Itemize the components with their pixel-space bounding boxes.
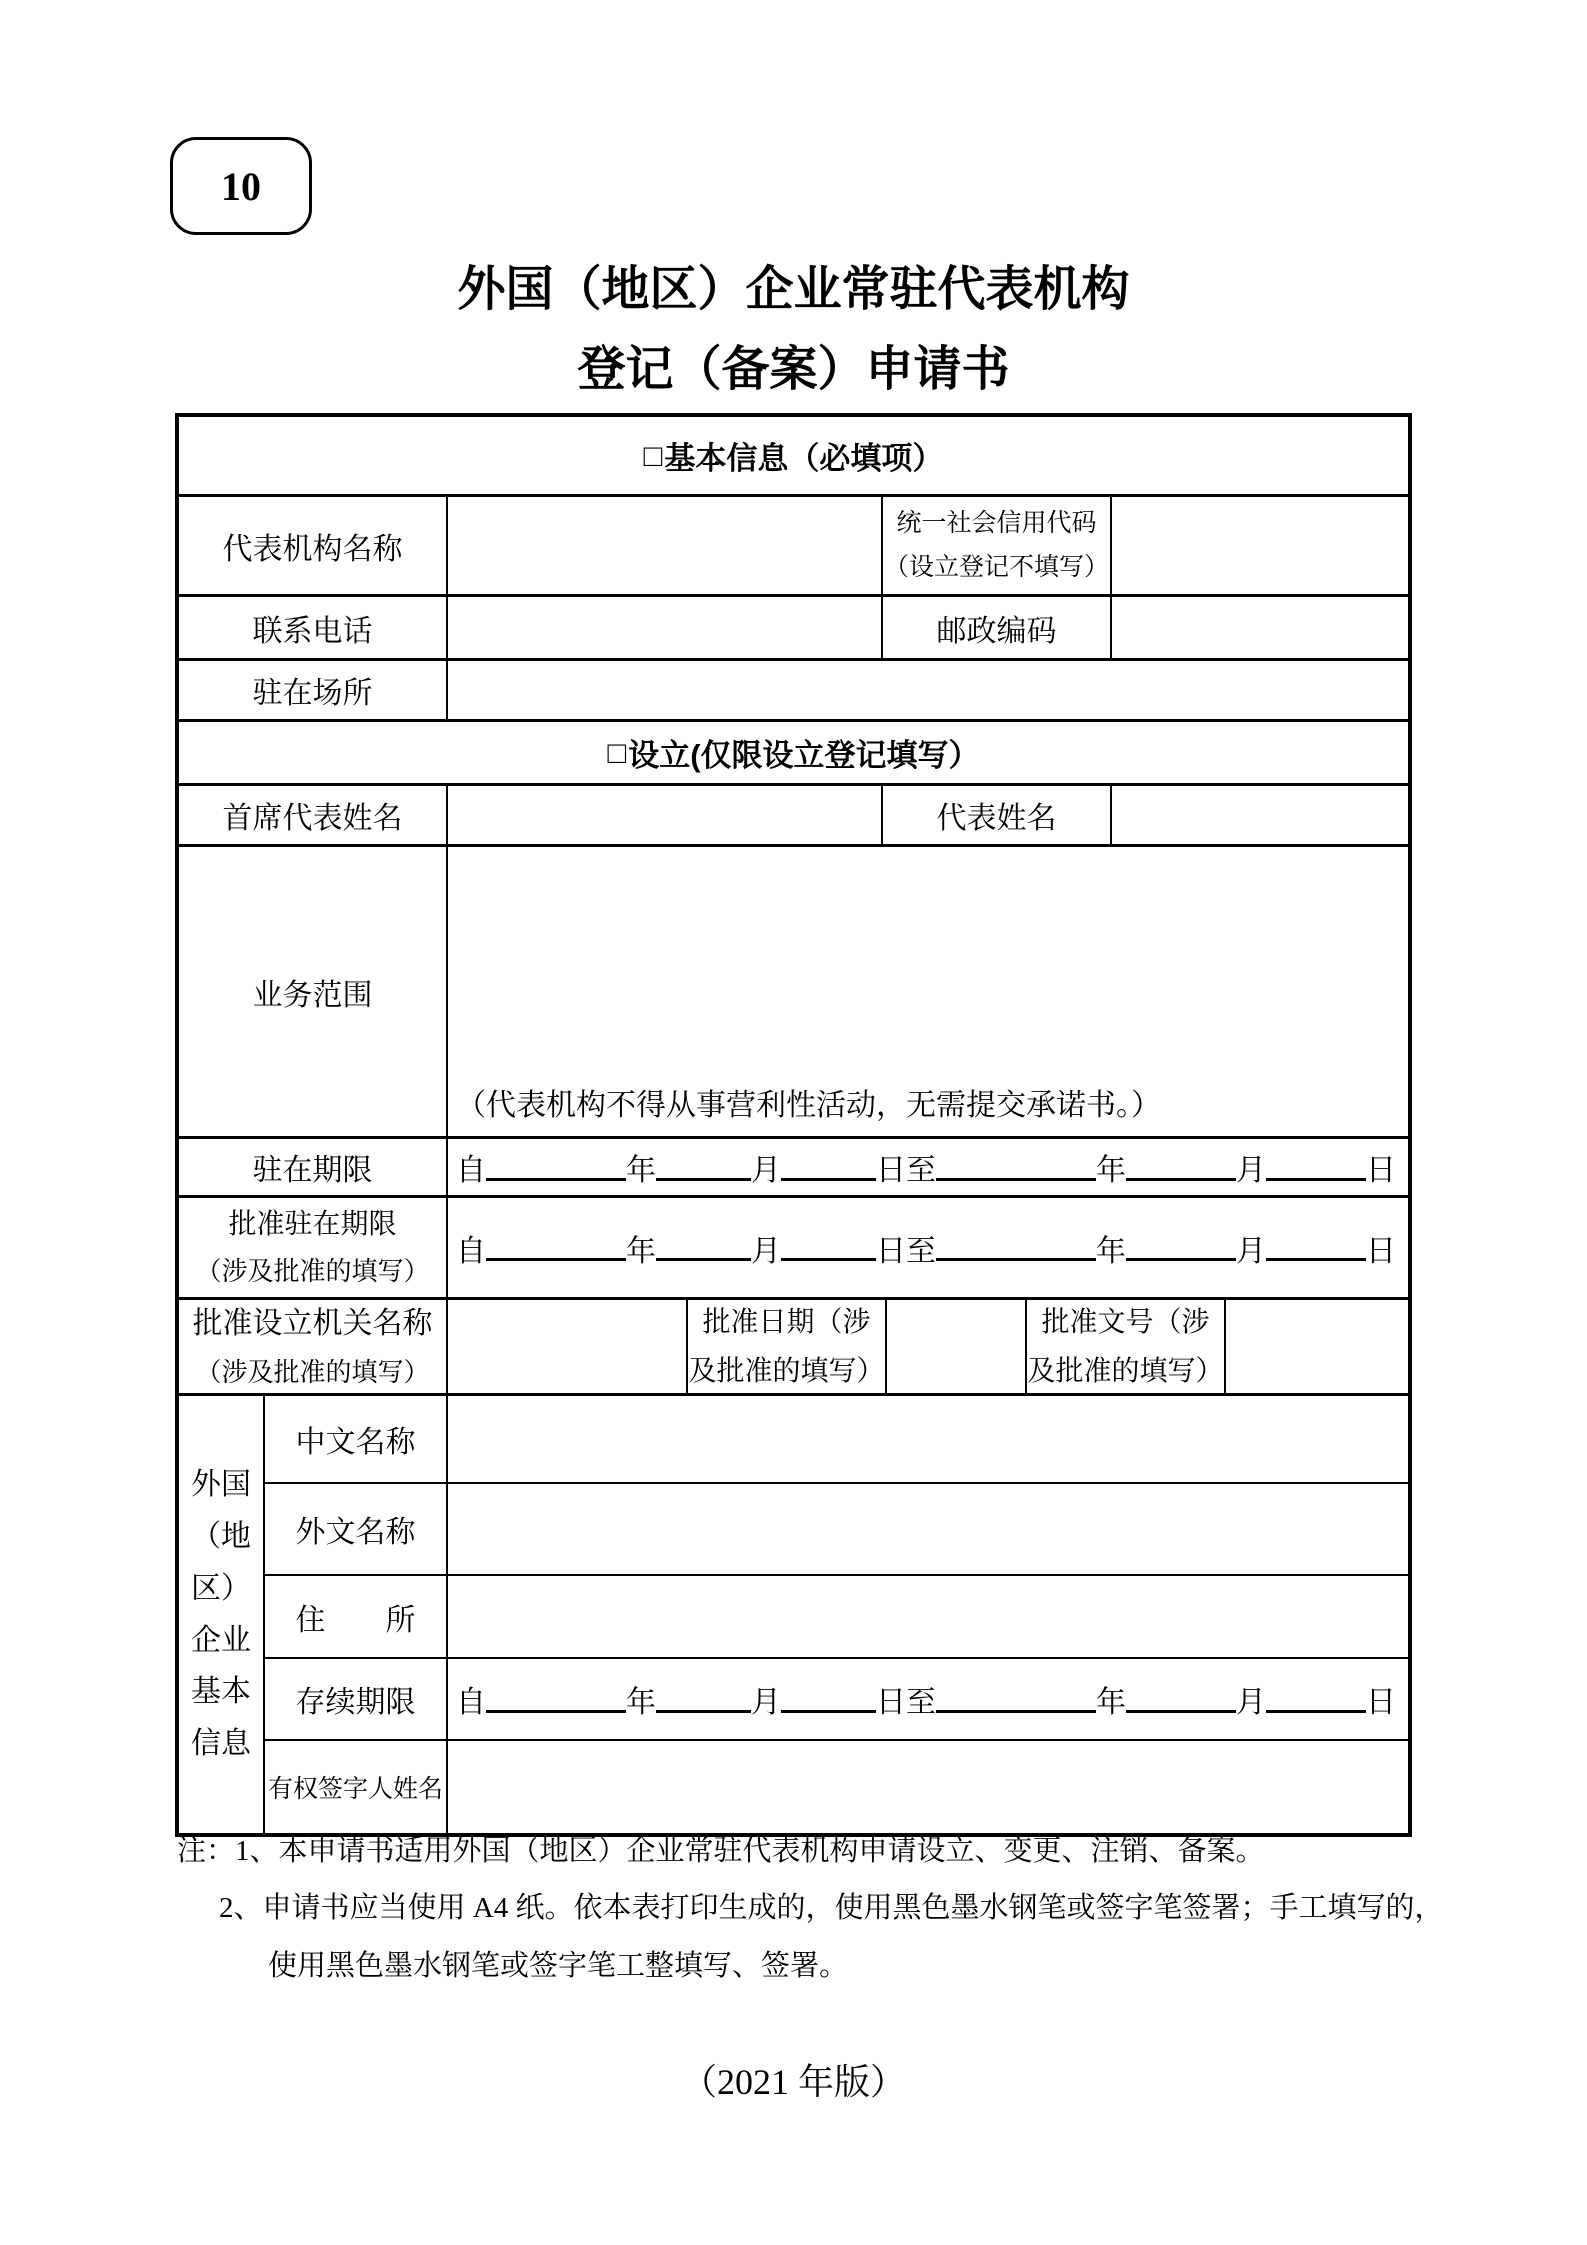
- rep-office-name-label: 代表机构名称: [179, 497, 448, 594]
- usc-code-field[interactable]: [1112, 497, 1408, 594]
- page-number-badge: 10: [170, 137, 312, 235]
- approval-authority-label: 批准设立机关名称 （涉及批准的填写）: [179, 1300, 448, 1393]
- dateline-blank[interactable]: [1126, 1234, 1236, 1261]
- table-row: 有权签字人姓名: [265, 1741, 1408, 1833]
- postal-code-field[interactable]: [1112, 597, 1408, 658]
- chief-rep-name-field[interactable]: [448, 786, 883, 844]
- dateline-text: 月: [751, 1145, 781, 1189]
- dateline-text: 月: [1236, 1226, 1266, 1270]
- approval-date-label: 批准日期（涉 及批准的填写）: [688, 1300, 887, 1393]
- dateline-text: 日: [1366, 1226, 1396, 1270]
- dateline-blank[interactable]: [1266, 1234, 1366, 1261]
- approval-date-label-line1: 批准日期（涉: [702, 1298, 870, 1347]
- dateline-text: 日: [1366, 1145, 1396, 1189]
- approval-authority-field[interactable]: [448, 1300, 688, 1393]
- dateline-text: 日至: [876, 1226, 936, 1270]
- residency-period-label: 驻在期限: [179, 1139, 448, 1195]
- residency-period-dateline[interactable]: 自年月日至年月日: [448, 1139, 1408, 1195]
- table-row: 存续期限 自年月日至年月日: [265, 1659, 1408, 1741]
- dateline-blank[interactable]: [486, 1154, 626, 1181]
- signatory-name-label: 有权签字人姓名: [265, 1741, 448, 1833]
- phone-label: 联系电话: [179, 597, 448, 658]
- phone-field[interactable]: [448, 597, 883, 658]
- domicile-field[interactable]: [448, 1576, 1408, 1657]
- chinese-name-label: 中文名称: [265, 1396, 448, 1482]
- approved-period-label-line2: （涉及批准的填写）: [195, 1249, 429, 1295]
- dateline-text: 月: [751, 1226, 781, 1270]
- table-row: 代表机构名称 统一社会信用代码 （设立登记不填写）: [179, 497, 1408, 597]
- enterprise-basic-info-block: 外国 （地 区） 企业 基本 信息 中文名称 外文名称 住: [179, 1396, 1408, 1833]
- page-number: 10: [221, 163, 261, 210]
- approved-period-label-line1: 批准驻在期限: [228, 1200, 396, 1249]
- dateline-text: 自: [456, 1226, 486, 1270]
- approved-residency-period-label: 批准驻在期限 （涉及批准的填写）: [179, 1198, 448, 1297]
- section-header-establish: □ 设立(仅限设立登记填写）: [179, 722, 1408, 786]
- dateline-text: 年: [626, 1677, 656, 1721]
- note-line-1: 注：1、本申请书适用外国（地区）企业常驻代表机构申请设立、变更、注销、备案。: [177, 1831, 1265, 1871]
- dateline-text: 年: [1096, 1226, 1126, 1270]
- dateline-text: 日至: [876, 1145, 936, 1189]
- vertical-label-line: （地: [191, 1511, 251, 1563]
- rep-name-label: 代表姓名: [883, 786, 1112, 844]
- foreign-name-field[interactable]: [448, 1484, 1408, 1574]
- table-row: 联系电话 邮政编码: [179, 597, 1408, 661]
- dateline-text: 日: [1366, 1677, 1396, 1721]
- table-row: 驻在场所: [179, 661, 1408, 722]
- form-title-line2: 登记（备案）申请书: [0, 330, 1587, 399]
- dateline-text: 年: [626, 1145, 656, 1189]
- table-row: 外文名称: [265, 1484, 1408, 1576]
- dateline-text: 日至: [876, 1677, 936, 1721]
- table-row: 中文名称: [265, 1396, 1408, 1484]
- note-line-2: 2、申请书应当使用 A4 纸。依本表打印生成的，使用黑色墨水钢笔或签字笔签署；手…: [219, 1888, 1443, 1928]
- dateline-text: 年: [626, 1226, 656, 1270]
- usc-code-label-line1: 统一社会信用代码: [896, 502, 1096, 546]
- dateline-text: 月: [1236, 1677, 1266, 1721]
- note-line-3: 使用黑色墨水钢笔或签字笔工整填写、签署。: [268, 1946, 848, 1986]
- dateline-blank[interactable]: [486, 1686, 626, 1713]
- chinese-name-field[interactable]: [448, 1396, 1408, 1482]
- table-row: 住 所: [265, 1576, 1408, 1659]
- table-row: 批准设立机关名称 （涉及批准的填写） 批准日期（涉 及批准的填写） 批准文号（涉…: [179, 1300, 1408, 1396]
- dateline-blank[interactable]: [781, 1154, 876, 1181]
- vertical-label-line: 基本: [191, 1666, 251, 1718]
- dateline-blank[interactable]: [936, 1234, 1096, 1261]
- enterprise-info-subtable: 中文名称 外文名称 住 所 存续期限 自年月日至年月日 有权签字人姓名: [265, 1396, 1408, 1833]
- dateline-blank[interactable]: [486, 1234, 626, 1261]
- business-scope-note: （代表机构不得从事营利性活动，无需提交承诺书。）: [456, 1080, 1161, 1124]
- form-page: 10 外国（地区）企业常驻代表机构 登记（备案）申请书 □ 基本信息（必填项） …: [0, 0, 1587, 2245]
- table-row: 驻在期限 自年月日至年月日: [179, 1139, 1408, 1198]
- dateline-blank[interactable]: [936, 1154, 1096, 1181]
- dateline-blank[interactable]: [656, 1154, 751, 1181]
- establish-checkbox[interactable]: □: [607, 735, 626, 771]
- dateline-blank[interactable]: [936, 1686, 1096, 1713]
- approval-date-label-line2: 及批准的填写）: [688, 1347, 884, 1396]
- basic-info-checkbox[interactable]: □: [644, 438, 663, 474]
- dateline-blank[interactable]: [656, 1234, 751, 1261]
- basic-info-header-label: 基本信息（必填项）: [664, 433, 943, 478]
- dateline-text: 月: [751, 1677, 781, 1721]
- postal-code-label: 邮政编码: [883, 597, 1112, 658]
- approval-number-field[interactable]: [1226, 1300, 1408, 1393]
- form-title-line1: 外国（地区）企业常驻代表机构: [0, 250, 1587, 319]
- dateline-text: 自: [456, 1145, 486, 1189]
- signatory-name-field[interactable]: [448, 1741, 1408, 1833]
- rep-office-name-field[interactable]: [448, 497, 883, 594]
- vertical-label-line: 企业: [191, 1615, 251, 1667]
- dateline-blank[interactable]: [781, 1686, 876, 1713]
- vertical-label-line: 区）: [191, 1563, 251, 1615]
- table-row: 批准驻在期限 （涉及批准的填写） 自年月日至年月日: [179, 1198, 1408, 1300]
- establish-header-cell: □ 设立(仅限设立登记填写）: [179, 722, 1408, 783]
- table-row: 首席代表姓名 代表姓名: [179, 786, 1408, 847]
- approval-authority-label-line1: 批准设立机关名称: [193, 1298, 433, 1351]
- duration-dateline[interactable]: 自年月日至年月日: [448, 1659, 1408, 1739]
- vertical-label-line: 信息: [191, 1718, 251, 1770]
- business-scope-field[interactable]: （代表机构不得从事营利性活动，无需提交承诺书。）: [448, 847, 1408, 1136]
- rep-name-field[interactable]: [1112, 786, 1408, 844]
- dateline-blank[interactable]: [1126, 1154, 1236, 1181]
- dateline-text: 月: [1236, 1145, 1266, 1189]
- approval-number-label-line1: 批准文号（涉: [1041, 1298, 1209, 1347]
- chief-rep-name-label: 首席代表姓名: [179, 786, 448, 844]
- dateline-text: 自: [456, 1677, 486, 1721]
- dateline-blank[interactable]: [781, 1234, 876, 1261]
- premises-field[interactable]: [448, 661, 1408, 719]
- approval-date-field[interactable]: [887, 1300, 1027, 1393]
- foreign-name-label: 外文名称: [265, 1484, 448, 1574]
- approved-period-dateline[interactable]: 自年月日至年月日: [448, 1198, 1408, 1297]
- basic-info-header-cell: □ 基本信息（必填项）: [179, 417, 1408, 494]
- duration-label: 存续期限: [265, 1659, 448, 1739]
- establish-header-label: 设立(仅限设立登记填写）: [628, 730, 979, 775]
- vertical-label-line: 外国: [191, 1459, 251, 1511]
- approval-number-label: 批准文号（涉 及批准的填写）: [1027, 1300, 1226, 1393]
- dateline-blank[interactable]: [1266, 1686, 1366, 1713]
- dateline-text: 年: [1096, 1145, 1126, 1189]
- enterprise-basic-info-vertical-label: 外国 （地 区） 企业 基本 信息: [179, 1396, 265, 1833]
- business-scope-label: 业务范围: [179, 847, 448, 1136]
- usc-code-label-line2: （设立登记不填写）: [884, 546, 1109, 590]
- form-version: （2021 年版）: [0, 2054, 1587, 2105]
- table-row: 业务范围 （代表机构不得从事营利性活动，无需提交承诺书。）: [179, 847, 1408, 1139]
- dateline-blank[interactable]: [1266, 1154, 1366, 1181]
- dateline-text: 年: [1096, 1677, 1126, 1721]
- approval-number-label-line2: 及批准的填写）: [1027, 1347, 1223, 1396]
- premises-label: 驻在场所: [179, 661, 448, 719]
- dateline-blank[interactable]: [1126, 1686, 1236, 1713]
- dateline-blank[interactable]: [656, 1686, 751, 1713]
- section-header-basic-info: □ 基本信息（必填项）: [179, 417, 1408, 497]
- application-form-table: □ 基本信息（必填项） 代表机构名称 统一社会信用代码 （设立登记不填写） 联系…: [175, 413, 1412, 1837]
- domicile-label: 住 所: [265, 1576, 448, 1657]
- approval-authority-label-line2: （涉及批准的填写）: [195, 1350, 429, 1396]
- usc-code-label: 统一社会信用代码 （设立登记不填写）: [883, 497, 1112, 594]
